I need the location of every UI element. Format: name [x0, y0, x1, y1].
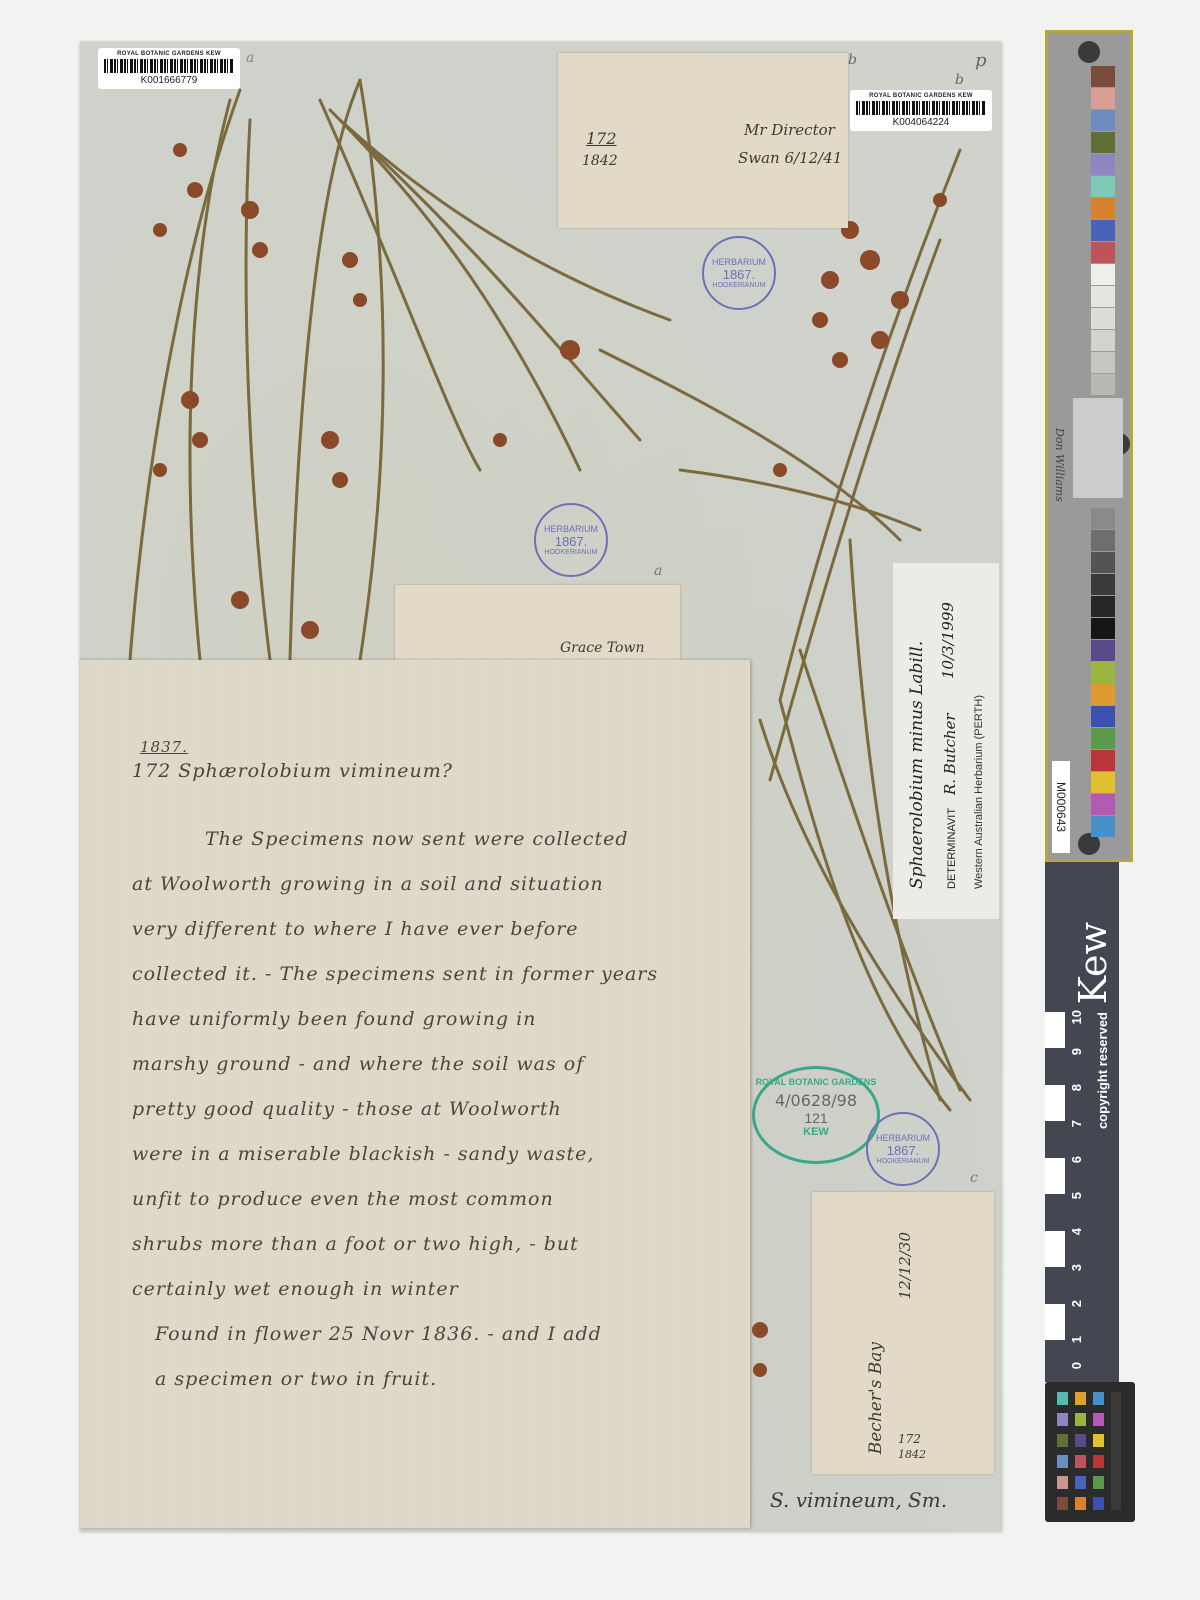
herbarium-stamp: HERBARIUM 1867. HOOKERIANUM [702, 236, 776, 310]
letter-line: at Woolworth growing in a soil and situa… [132, 873, 604, 895]
herbarium-stamp: HERBARIUM 1867. HOOKERIANUM [866, 1112, 940, 1186]
handwritten-letter: 1837. 172 Sphærolobium vimineum? The Spe… [80, 660, 750, 1528]
barcode-bars [104, 59, 234, 73]
letter-line: a specimen or two in fruit. [155, 1368, 437, 1390]
stamp-year: 1867. [723, 267, 756, 282]
label-number: 172 [586, 129, 617, 148]
species-annotation: S. vimineum, Sm. [770, 1488, 947, 1512]
stamp-text: HOOKERIANUM [877, 1158, 930, 1165]
barcode-bars [856, 101, 986, 115]
stamp-text: HOOKERIANUM [713, 282, 766, 289]
determinavit-line: DETERMINAVIT R. Butcher [941, 713, 959, 889]
packet-date: 12/12/30 [896, 1232, 914, 1299]
letter-line: marshy ground - and where the soil was o… [132, 1053, 584, 1075]
determination-date: 10/3/1999 [939, 602, 957, 679]
herbarium-stamp: HERBARIUM 1867. HOOKERIANUM [534, 503, 608, 577]
stamp-text: HERBARIUM [712, 257, 766, 267]
letter-line: The Specimens now sent were collected [205, 828, 629, 850]
barcode-label: ROYAL BOTANIC GARDENS KEW K004064224 [850, 90, 992, 131]
barcode-number: K004064224 [856, 117, 986, 128]
barcode-label: ROYAL BOTANIC GARDENS KEW K001666779 [98, 48, 240, 89]
kew-stamp-top: ROYAL BOTANIC GARDENS [755, 1077, 877, 1087]
determination-institution: Western Australian Herbarium (PERTH) [973, 695, 985, 889]
letter-line: collected it. - The specimens sent in fo… [132, 963, 658, 985]
lower-label-text: Grace Town [560, 640, 644, 656]
stamp-text: HERBARIUM [544, 524, 598, 534]
barcode-org: ROYAL BOTANIC GARDENS KEW [856, 93, 986, 99]
kew-stamp-bottom: KEW [755, 1126, 877, 1138]
barcode-org: ROYAL BOTANIC GARDENS KEW [104, 51, 234, 57]
letter-line: very different to where I have ever befo… [132, 918, 579, 940]
letter-line: certainly wet enough in winter [132, 1278, 459, 1300]
stamp-text: HOOKERIANUM [545, 549, 598, 556]
letter-line: pretty good quality - those at Woolworth [132, 1098, 562, 1120]
determinavit-prefix: DETERMINAVIT [946, 808, 958, 889]
label-year: 1842 [582, 153, 618, 169]
barcode-number: K001666779 [104, 75, 234, 86]
lower-label: Grace Town [395, 585, 680, 665]
packet-label: Becher's Bay 12/12/30 172 1842 [812, 1192, 994, 1474]
letter-line: have uniformly been found growing in [132, 1008, 536, 1030]
letter-line: 1837. [140, 738, 188, 756]
stamp-text: HERBARIUM [876, 1133, 930, 1143]
kew-accession-stamp: ROYAL BOTANIC GARDENS 4/0628/98 121 KEW [752, 1066, 880, 1164]
letter-line: 172 Sphærolobium vimineum? [132, 760, 453, 782]
packet-year: 1842 [898, 1448, 926, 1461]
label-note-line1: Mr Director [744, 121, 835, 139]
packet-number: 172 [898, 1432, 921, 1446]
letter-line: Found in flower 25 Novr 1836. - and I ad… [155, 1323, 602, 1345]
collection-label: 172 1842 Mr Director Swan 6/12/41 [558, 53, 848, 228]
determination-slip: Sphaerolobium minus Labill. DETERMINAVIT… [893, 563, 999, 919]
stamp-year: 1867. [555, 534, 588, 549]
packet-place: Becher's Bay [866, 1342, 886, 1454]
letter-line: were in a miserable blackish - sandy was… [132, 1143, 594, 1165]
stamp-year: 1867. [887, 1143, 920, 1158]
letter-line: unfit to produce even the most common [132, 1188, 554, 1210]
letter-line: shrubs more than a foot or two high, - b… [132, 1233, 579, 1255]
kew-stamp-sub: 121 [755, 1110, 877, 1126]
determination-name: Sphaerolobium minus Labill. [907, 641, 927, 889]
kew-stamp-number: 4/0628/98 [755, 1091, 877, 1110]
label-note-line2: Swan 6/12/41 [738, 149, 842, 167]
determiner-name: R. Butcher [941, 713, 959, 795]
